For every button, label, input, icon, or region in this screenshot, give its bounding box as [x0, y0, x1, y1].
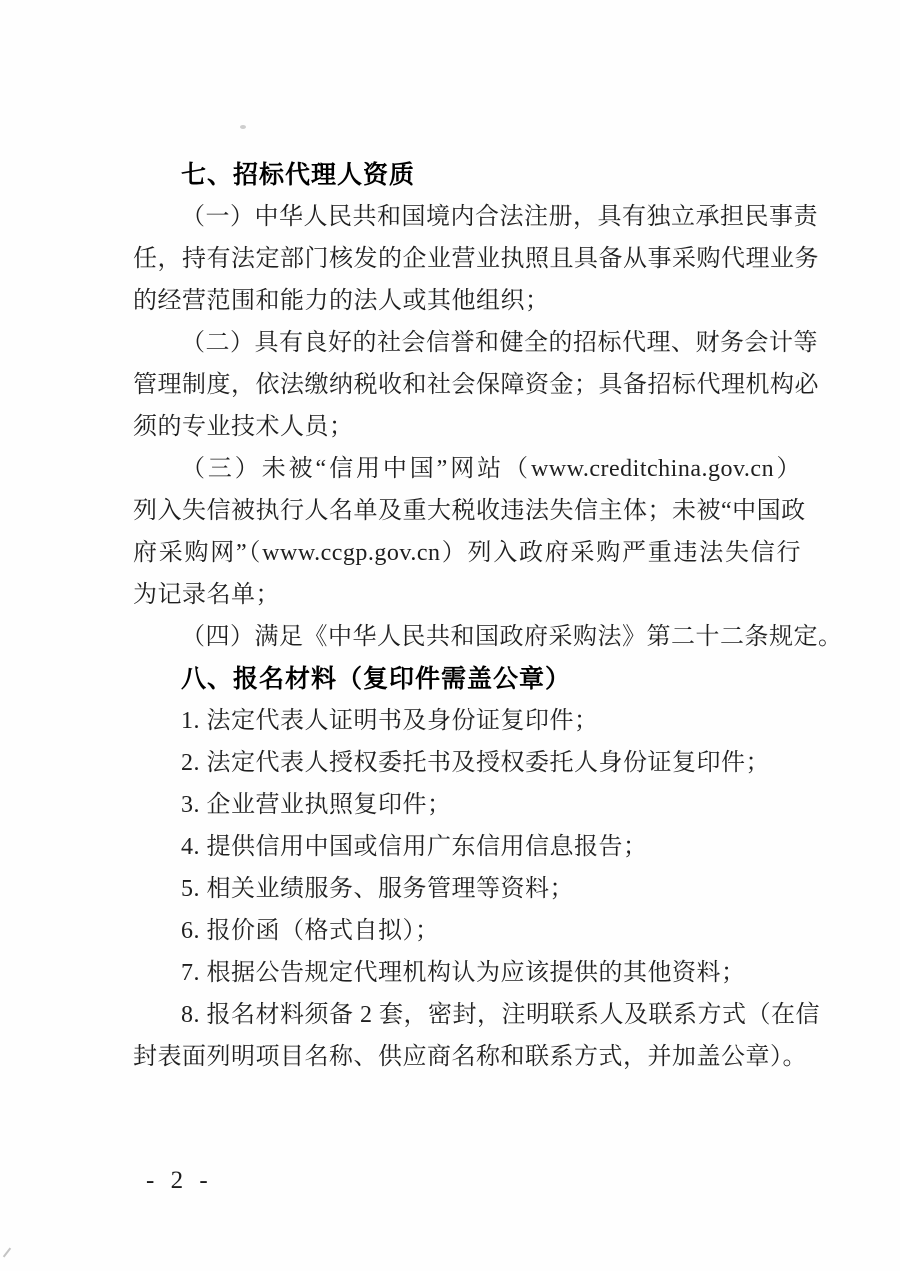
scan-speck-tick: [3, 1248, 11, 1258]
paragraph-line: 府采购网”（www.ccgp.gov.cn）列入政府采购严重违法失信行: [133, 532, 801, 574]
paragraph-line: （二）具有良好的社会信誉和健全的招标代理、财务会计等: [133, 322, 801, 364]
list-item-line: 4. 提供信用中国或信用广东信用信息报告；: [133, 826, 801, 868]
list-item-line: 5. 相关业绩服务、服务管理等资料；: [133, 868, 801, 910]
page-number: - 2 -: [146, 1167, 213, 1195]
section-8-heading-text: 八、报名材料（复印件需盖公章）: [133, 658, 801, 700]
list-item-line: 8. 报名材料须备 2 套，密封，注明联系人及联系方式（在信: [133, 994, 801, 1036]
section-7-paragraph-4: （四）满足《中华人民共和国政府采购法》第二十二条规定。: [133, 616, 801, 658]
paragraph-line: （四）满足《中华人民共和国政府采购法》第二十二条规定。: [133, 616, 801, 658]
paragraph-line: （三）未被“信用中国”网站（www.creditchina.gov.cn）: [133, 448, 801, 490]
document-body: 七、招标代理人资质 （一）中华人民共和国境内合法注册，具有独立承担民事责 任，持…: [133, 154, 801, 1078]
list-item-line: 7. 根据公告规定代理机构认为应该提供的其他资料；: [133, 952, 801, 994]
section-7-paragraph-2: （二）具有良好的社会信誉和健全的招标代理、财务会计等 管理制度，依法缴纳税收和社…: [133, 322, 801, 448]
list-item-line: 封表面列明项目名称、供应商名称和联系方式，并加盖公章）。: [133, 1036, 801, 1078]
scan-speck-dot: [240, 125, 246, 129]
list-item-line: 1. 法定代表人证明书及身份证复印件；: [133, 700, 801, 742]
list-item-4: 4. 提供信用中国或信用广东信用信息报告；: [133, 826, 801, 868]
list-item-3: 3. 企业营业执照复印件；: [133, 784, 801, 826]
paragraph-line: 的经营范围和能力的法人或其他组织；: [133, 280, 801, 322]
section-7-heading: 七、招标代理人资质: [133, 154, 801, 196]
paragraph-line: 列入失信被执行人名单及重大税收违法失信主体；未被“中国政: [133, 490, 801, 532]
list-item-8: 8. 报名材料须备 2 套，密封，注明联系人及联系方式（在信 封表面列明项目名称…: [133, 994, 801, 1078]
section-7-paragraph-1: （一）中华人民共和国境内合法注册，具有独立承担民事责 任，持有法定部门核发的企业…: [133, 196, 801, 322]
paragraph-line: 为记录名单；: [133, 574, 801, 616]
paragraph-line: 任，持有法定部门核发的企业营业执照且具备从事采购代理业务: [133, 238, 801, 280]
section-7-heading-text: 七、招标代理人资质: [133, 154, 801, 196]
paragraph-line: 管理制度，依法缴纳税收和社会保障资金；具备招标代理机构必: [133, 364, 801, 406]
list-item-7: 7. 根据公告规定代理机构认为应该提供的其他资料；: [133, 952, 801, 994]
section-8-heading: 八、报名材料（复印件需盖公章）: [133, 658, 801, 700]
list-item-1: 1. 法定代表人证明书及身份证复印件；: [133, 700, 801, 742]
list-item-6: 6. 报价函（格式自拟）；: [133, 910, 801, 952]
document-page: 七、招标代理人资质 （一）中华人民共和国境内合法注册，具有独立承担民事责 任，持…: [0, 0, 900, 1271]
list-item-line: 3. 企业营业执照复印件；: [133, 784, 801, 826]
list-item-5: 5. 相关业绩服务、服务管理等资料；: [133, 868, 801, 910]
paragraph-line: 须的专业技术人员；: [133, 406, 801, 448]
list-item-line: 2. 法定代表人授权委托书及授权委托人身份证复印件；: [133, 742, 801, 784]
list-item-line: 6. 报价函（格式自拟）；: [133, 910, 801, 952]
paragraph-line: （一）中华人民共和国境内合法注册，具有独立承担民事责: [133, 196, 801, 238]
list-item-2: 2. 法定代表人授权委托书及授权委托人身份证复印件；: [133, 742, 801, 784]
section-7-paragraph-3: （三）未被“信用中国”网站（www.creditchina.gov.cn） 列入…: [133, 448, 801, 616]
